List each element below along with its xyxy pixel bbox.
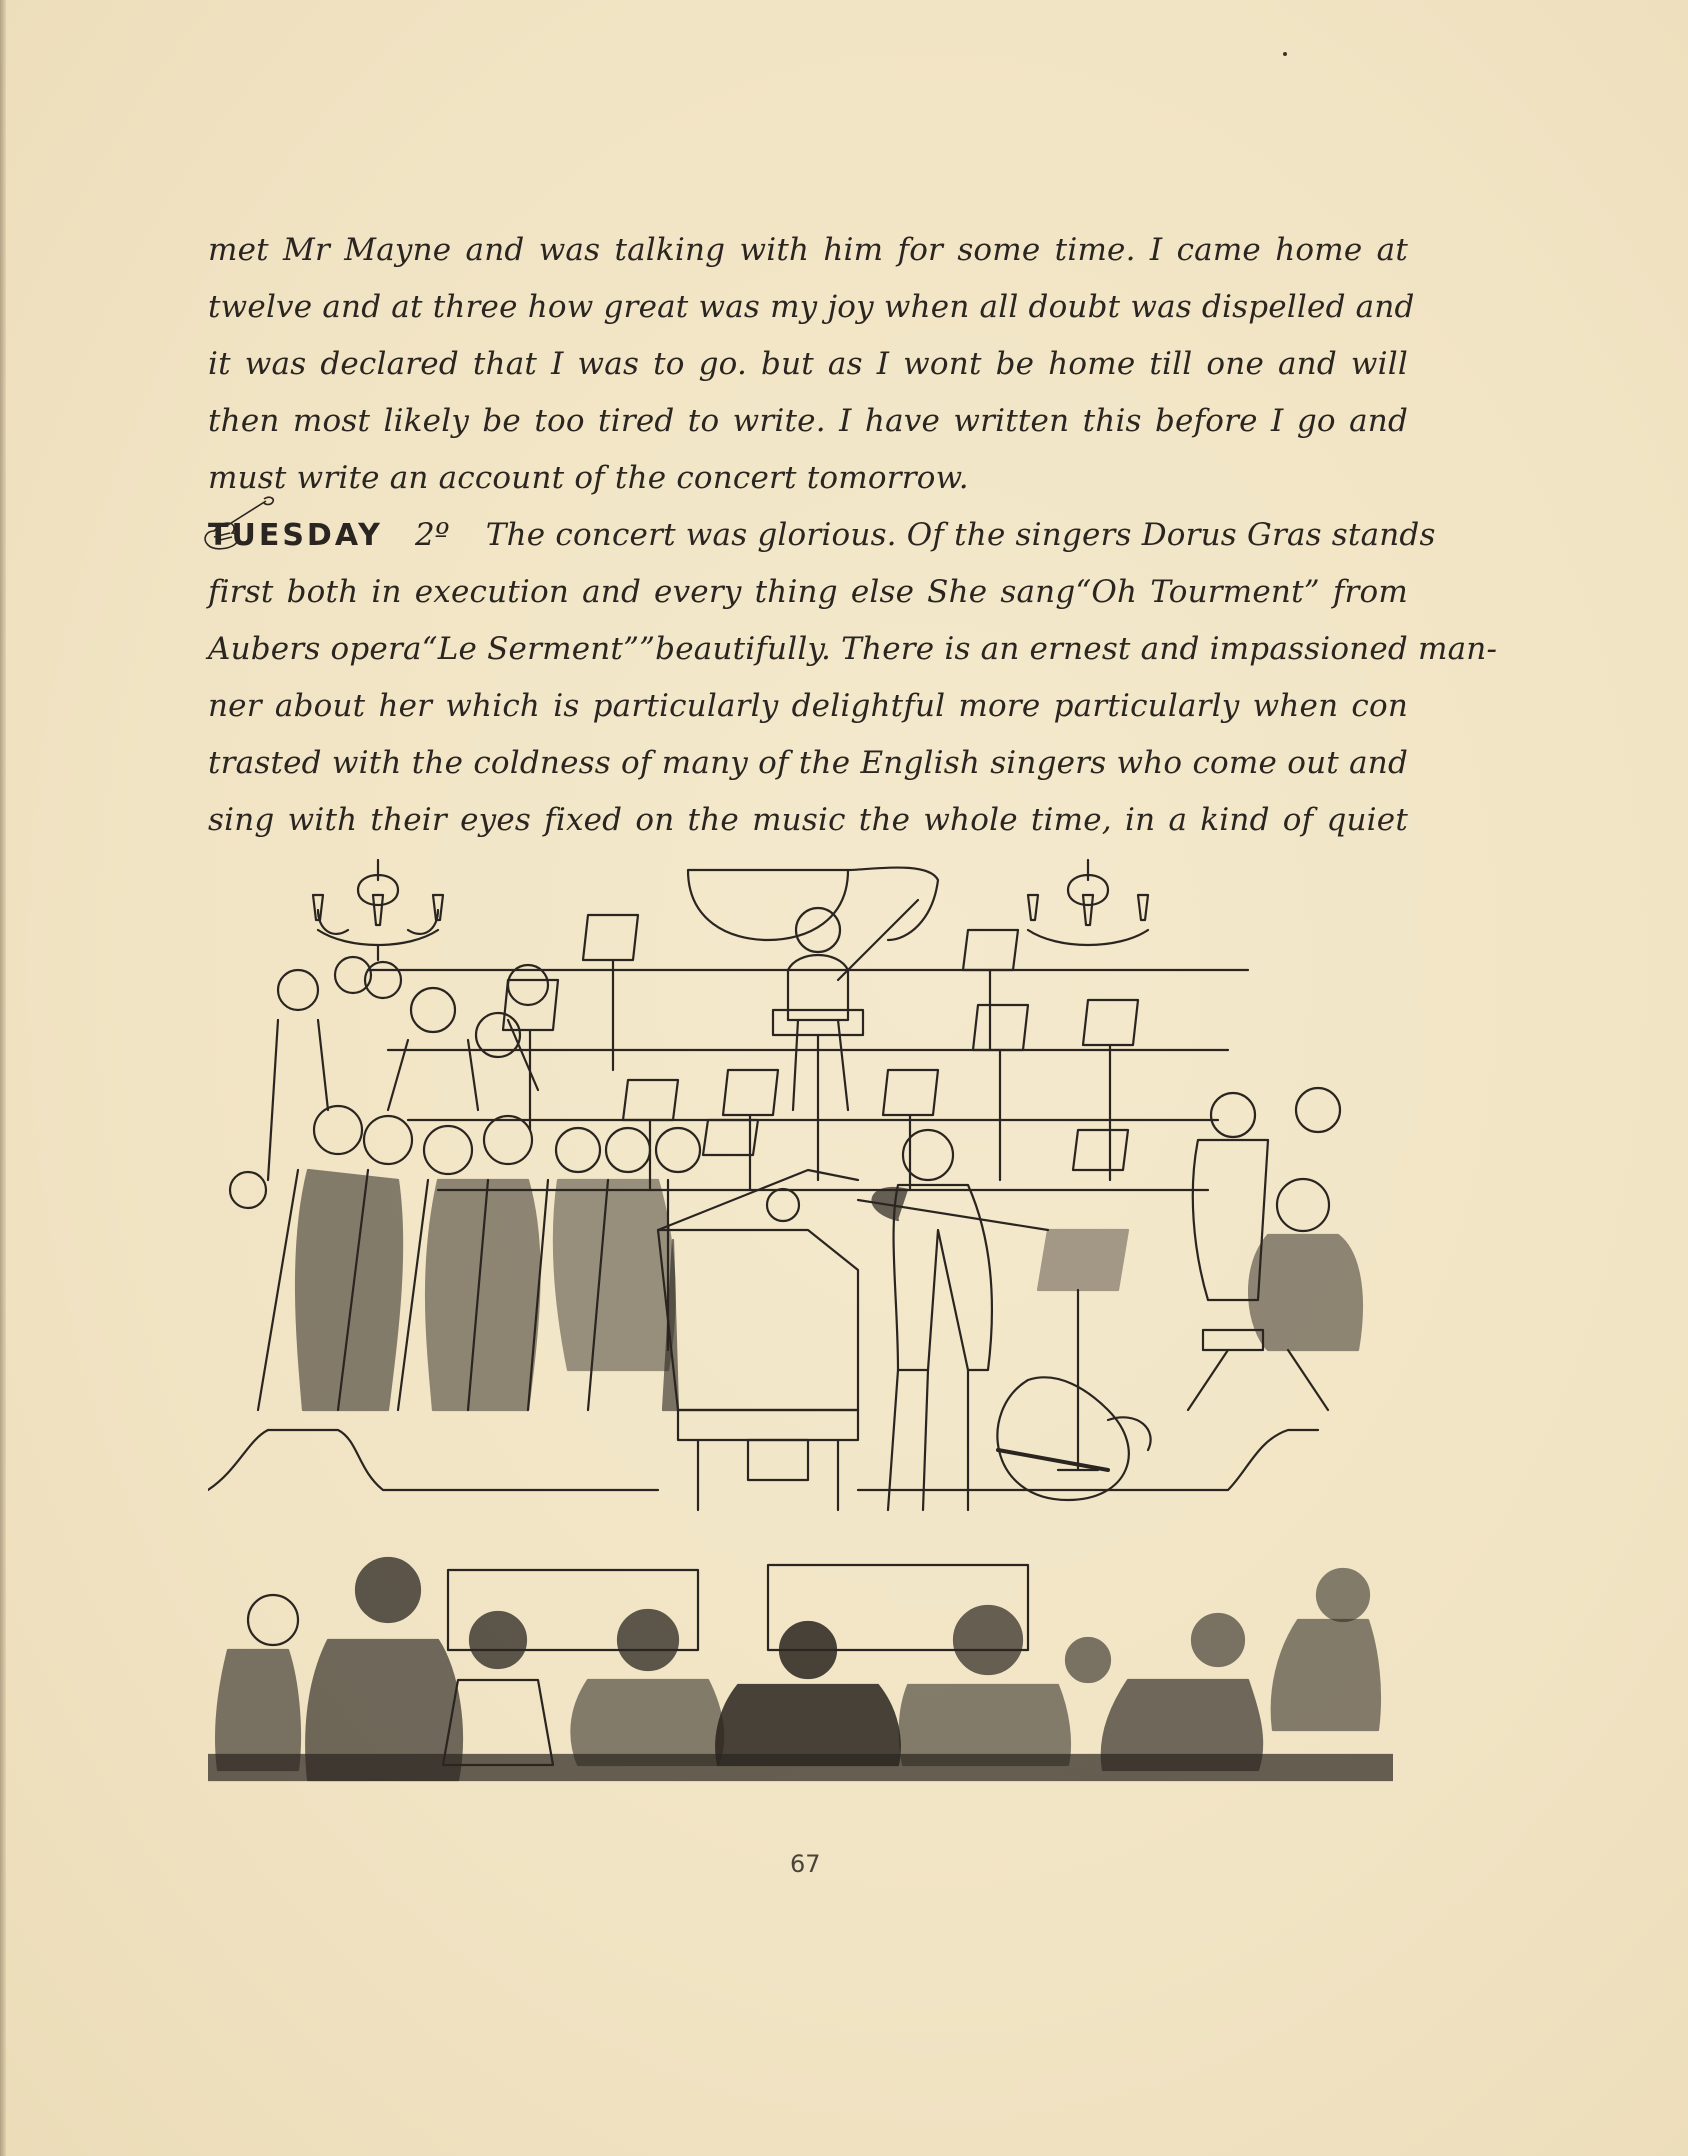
- music-stands: [503, 915, 1138, 1190]
- audience-front-row: [208, 1558, 1393, 1780]
- text-line: it was declared that I was to go. but as…: [208, 336, 1408, 393]
- page-binding-edge: [0, 0, 6, 2156]
- text-line: ner about her which is particularly deli…: [208, 678, 1408, 735]
- text-line: must write an account of the concert tom…: [208, 450, 1408, 507]
- paper-speck: [1283, 52, 1287, 56]
- text-line: sing with their eyes fixed on the music …: [208, 792, 1408, 849]
- orchestra-players-right: [1188, 1088, 1362, 1410]
- text-line: twelve and at three how great was my joy…: [208, 279, 1408, 336]
- chandelier-right-icon: [1028, 860, 1148, 945]
- page-number: 67: [790, 1850, 821, 1878]
- day-heading: TUESDAY: [208, 507, 383, 564]
- entry-date: 2º: [415, 517, 450, 553]
- conductor-figure: [773, 900, 918, 1180]
- text-line: Aubers opera“Le Serment””beautifully. Th…: [208, 621, 1408, 678]
- text-line: trasted with the coldness of many of the…: [208, 735, 1408, 792]
- diary-page: met Mr Mayne and was talking with him fo…: [0, 0, 1688, 2156]
- entry-heading-line: TUESDAY 2º The concert was glorious. Of …: [208, 507, 1408, 564]
- chandelier-left-icon: [313, 860, 443, 960]
- entry-first-line: The concert was glorious. Of the singers…: [486, 517, 1436, 553]
- text-line: first both in execution and every thing …: [208, 564, 1408, 621]
- violin-icon: [200, 493, 280, 553]
- text-line: then most likely be too tired to write. …: [208, 393, 1408, 450]
- text-line: met Mr Mayne and was talking with him fo…: [208, 222, 1408, 279]
- handwritten-text: met Mr Mayne and was talking with him fo…: [208, 222, 1408, 849]
- cello: [997, 1377, 1150, 1500]
- grand-piano: [658, 1170, 858, 1510]
- concert-illustration: [208, 850, 1393, 1790]
